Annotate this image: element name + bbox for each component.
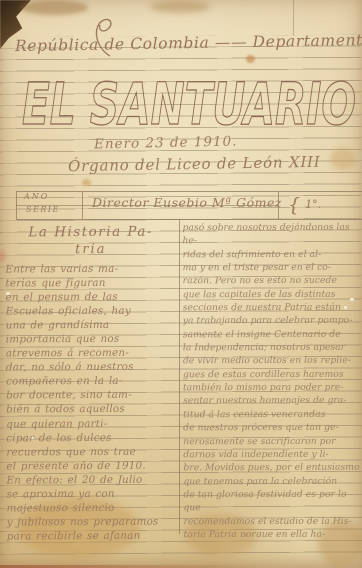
paper-stain <box>150 0 210 13</box>
issue-cell: { 1°. <box>288 193 321 216</box>
series-label: SERIE <box>26 205 60 214</box>
director-line: Director Eusebio Mª Gómez <box>92 195 282 210</box>
article-left-text: Entre las varias ma- terias que figuran … <box>5 262 177 544</box>
paper-crease <box>293 0 294 36</box>
issue-number: 1°. <box>305 198 321 211</box>
newspaper-title: EL SANTUARIO <box>22 72 356 138</box>
date-line: Enero 23 de 1910. <box>94 133 238 152</box>
article-heading-line2: tria <box>5 242 176 259</box>
article-right-column: pasó sobre nosotros dejándonos las he- r… <box>182 221 361 538</box>
newspaper-title-block: EL SANTUARIO <box>17 72 361 138</box>
manuscript-page: República de Colombia —— Departamento de… <box>0 0 362 568</box>
info-table: AÑO SERIE Director Eusebio Mª Gómez { 1°… <box>16 191 362 220</box>
paper-stain <box>20 0 88 15</box>
article-left-column: La Historia Pa- tria Entre las varias ma… <box>5 221 178 552</box>
year-label: AÑO <box>24 192 49 201</box>
title-canvas: EL SANTUARIO <box>17 72 361 138</box>
column-divider <box>179 220 180 534</box>
issue-brace: { <box>288 194 300 216</box>
article-heading-line1: La Historia Pa- <box>5 223 176 243</box>
